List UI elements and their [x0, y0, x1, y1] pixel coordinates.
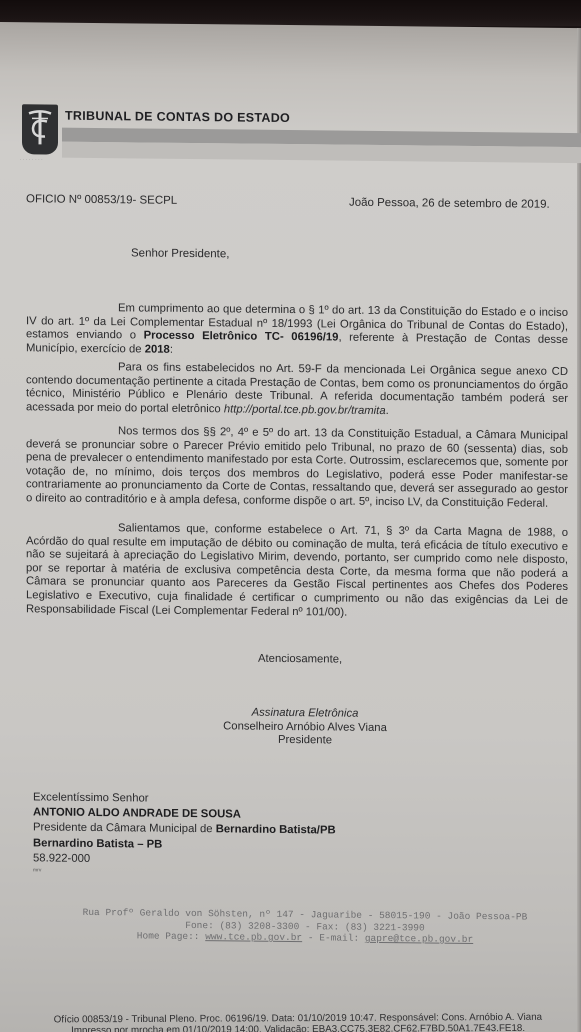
home-page-link[interactable]: www.tce.pb.gov.br	[205, 931, 302, 943]
footer-contact: Rua Profº Geraldo von Söhsten, nº 147 - …	[45, 906, 565, 946]
recipient-cep: 58.922-000	[33, 851, 336, 869]
letterhead: · · · · · · · · TRIBUNAL DE CONTAS DO ES…	[22, 104, 581, 185]
paragraph-4-text: Salientamos que, conforme estabelece o A…	[26, 522, 568, 618]
recipient-block: Excelentíssimo Senhor ANTONIO ALDO ANDRA…	[33, 790, 336, 877]
paragraph-3-text: Nos termos dos §§ 2º, 4º e 5º do art. 13…	[26, 425, 568, 509]
document-page: · · · · · · · · TRIBUNAL DE CONTAS DO ES…	[0, 22, 581, 1032]
signer-name: Conselheiro Arnóbio Alves Viana	[190, 720, 420, 736]
tce-crest-icon	[22, 104, 58, 154]
paragraph-3: Nos termos dos §§ 2º, 4º e 5º do art. 13…	[26, 424, 568, 511]
signer-role: Presidente	[190, 733, 420, 749]
salutation: Senhor Presidente,	[131, 247, 229, 260]
organization-name: TRIBUNAL DE CONTAS DO ESTADO	[65, 109, 290, 125]
recipient-city: Bernardino Batista – PB	[33, 837, 162, 850]
paragraph-1: Em cumprimento ao que determina o § 1º d…	[26, 301, 568, 361]
signature-block: Assinatura Eletrônica Conselheiro Arnóbi…	[190, 706, 420, 749]
recipient-position-city: Bernardino Batista/PB	[216, 824, 336, 837]
place-date: João Pessoa, 26 de setembro de 2019.	[349, 197, 550, 211]
paragraph-1-end: :	[170, 344, 173, 356]
recipient-name: ANTONIO ALDO ANDRADE DE SOUSA	[33, 807, 241, 821]
fiscal-year: 2018	[145, 343, 170, 355]
paragraph-2: Para os fins estabelecidos no Art. 59-F …	[26, 360, 568, 420]
process-number: Processo Eletrônico TC- 06196/19	[144, 330, 339, 344]
crest-caption: · · · · · · · ·	[20, 156, 43, 161]
closing: Atenciosamente,	[258, 653, 342, 666]
email-label: - E-mail:	[308, 932, 359, 944]
oficio-number: OFICIO Nº 00853/19- SECPL	[26, 193, 177, 207]
portal-link[interactable]: http://portal.tce.pb.gov.br/tramita	[224, 403, 386, 417]
paragraph-4: Salientamos que, conforme estabelece o A…	[26, 521, 568, 622]
email-link[interactable]: gapre@tce.pb.gov.br	[365, 933, 473, 945]
recipient-position-prefix: Presidente da Câmara Municipal de	[33, 822, 216, 836]
home-page-label: Home Page::	[137, 930, 200, 942]
validation-footer: Ofício 00853/19 - Tribunal Pleno. Proc. …	[18, 1012, 578, 1032]
paragraph-2-end: .	[386, 405, 389, 417]
